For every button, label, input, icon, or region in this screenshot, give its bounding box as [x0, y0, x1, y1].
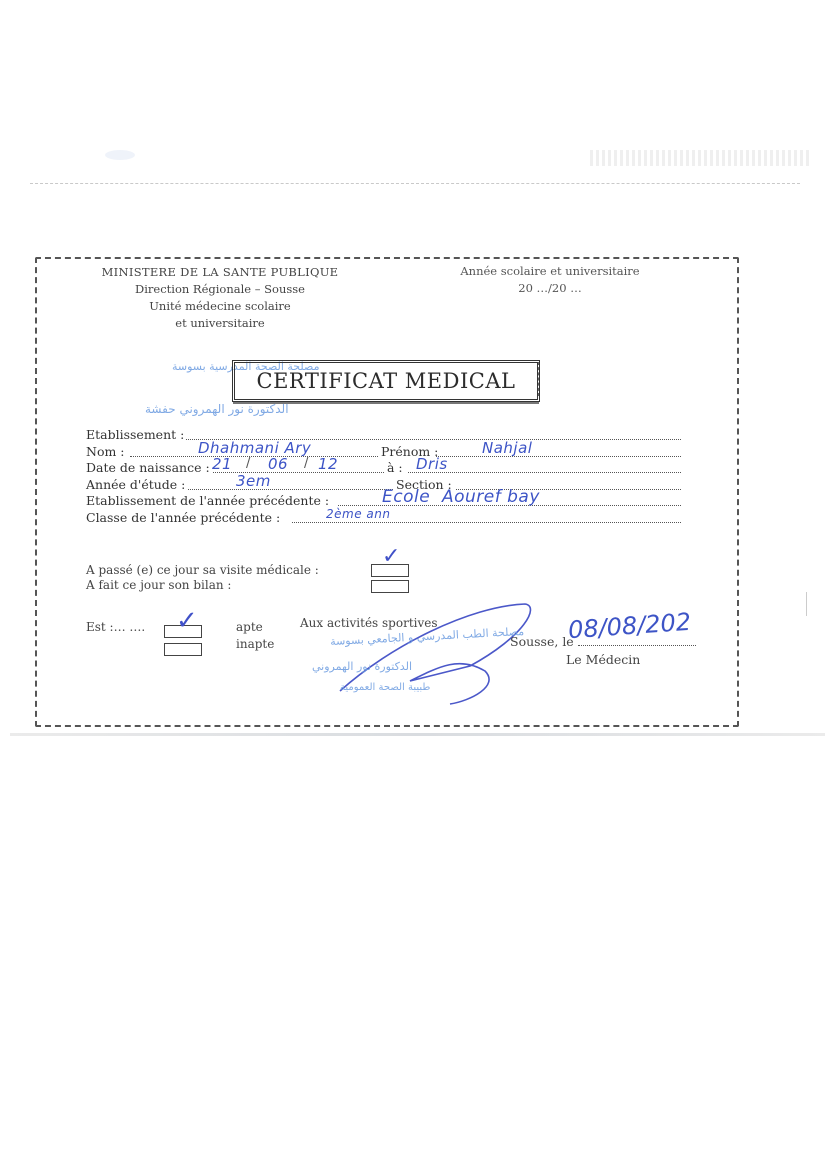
field-value[interactable]: Ecole Aouref bay [382, 489, 540, 506]
birth-day[interactable]: 21 [212, 456, 232, 473]
field-label: Nom : [86, 444, 127, 461]
field-label: Année d'étude : [86, 477, 187, 494]
aptitude-options: apte inapte [236, 619, 274, 653]
stamp-text: الدكتورة نور الهمروني حفشة [145, 402, 289, 416]
checkmark-icon: ✓ [176, 606, 198, 636]
birth-month[interactable]: 06 [268, 456, 288, 473]
scan-artifact [30, 183, 800, 185]
scan-edge [10, 733, 825, 736]
field-value[interactable]: 2ème ann [326, 506, 390, 523]
scan-artifact [806, 592, 811, 616]
unit-name-line2: et universitaire [70, 315, 370, 332]
scan-artifact [105, 150, 135, 160]
student-info-form: Etablissement : Nom : Dhahmani Ary Préno… [86, 427, 686, 526]
field-nom: Nom : Dhahmani Ary Prénom : Nahjal [86, 444, 686, 461]
field-label: Date de naissance : [86, 460, 212, 477]
field-label: Classe de l'année précédente : [86, 510, 282, 527]
document-title: CERTIFICAT MEDICAL [232, 360, 540, 402]
field-etablissement: Etablissement : [86, 427, 686, 444]
direction-name: Direction Régionale – Sousse [70, 281, 370, 298]
aptitude-prefix: Est :… …. [86, 620, 145, 634]
birth-year[interactable]: 12 [318, 456, 338, 473]
ministry-header: MINISTERE DE LA SANTE PUBLIQUE Direction… [70, 264, 370, 332]
field-value[interactable]: 3em [236, 473, 271, 490]
unit-name-line1: Unité médecine scolaire [70, 298, 370, 315]
stamp-text: طبيبة الصحة العمومية [340, 682, 430, 693]
apte-label: apte [236, 619, 274, 636]
school-year: Année scolaire et universitaire 20 …/20 … [430, 263, 670, 297]
stamp-text: الدكتورة نور الهمروني [312, 660, 412, 673]
school-year-label: Année scolaire et universitaire [430, 263, 670, 280]
place-label: Sousse, le [510, 634, 574, 649]
field-classe-precedente: Classe de l'année précédente : 2ème ann [86, 510, 686, 527]
check-label: A fait ce jour son bilan : [86, 578, 233, 593]
inapte-checkbox[interactable] [164, 643, 202, 656]
field-label: Etablissement de l'année précédente : [86, 493, 331, 510]
scan-artifact [590, 150, 810, 166]
field-value[interactable]: Dris [416, 456, 448, 473]
field-label: à : [384, 460, 405, 477]
field-label: Etablissement : [86, 427, 186, 444]
ministry-name: MINISTERE DE LA SANTE PUBLIQUE [70, 264, 370, 281]
field-value[interactable]: Dhahmani Ary [198, 440, 311, 457]
field-value[interactable]: Nahjal [482, 440, 532, 457]
document-title-text: CERTIFICAT MEDICAL [257, 369, 516, 393]
inapte-label: inapte [236, 636, 274, 653]
bilan-checkbox[interactable] [371, 580, 409, 593]
title-ornament [538, 362, 547, 396]
school-year-value: 20 …/20 … [430, 280, 670, 297]
check-label: A passé (e) ce jour sa visite médicale : [86, 563, 321, 578]
checkmark-icon: ✓ [382, 549, 400, 564]
doctor-label: Le Médecin [566, 652, 640, 667]
field-date-naissance: Date de naissance : 21 / 06 / 12 à : Dri… [86, 460, 686, 477]
